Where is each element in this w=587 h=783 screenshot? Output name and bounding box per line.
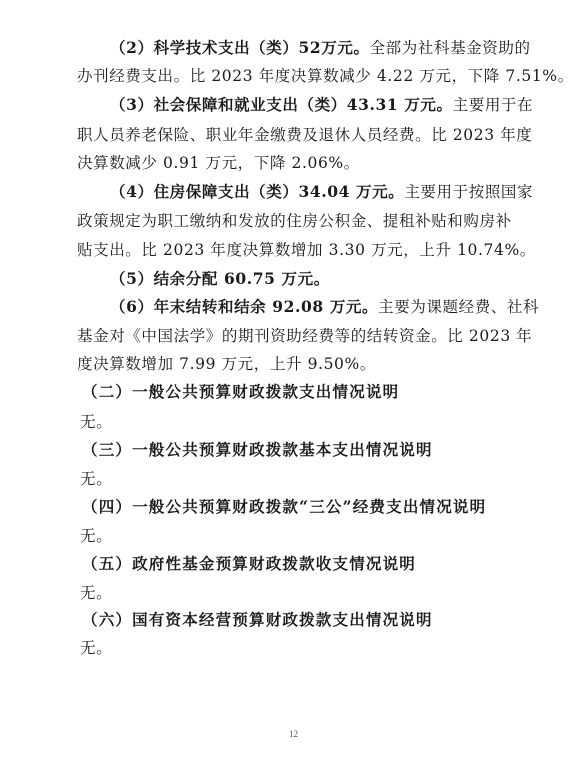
- section-body-2: 无。: [80, 412, 520, 432]
- paragraph-carryover-line2: 基金对《中国法学》的期刊资助经费等的结转资金。比 2023 年: [77, 326, 517, 346]
- section-heading-2: （二）一般公共预算财政拨款支出情况说明: [82, 382, 522, 402]
- paragraph-carryover-line1: （6）年末结转和结余 92.08 万元。主要为课题经费、社科: [110, 297, 550, 317]
- paragraph-lead: （6）年末结转和结余 92.08 万元。: [110, 297, 378, 316]
- section-body-4: 无。: [80, 526, 520, 546]
- paragraph-surplus-distribution: （5）结余分配 60.75 万元。: [110, 269, 550, 289]
- section-heading-3: （三）一般公共预算财政拨款基本支出情况说明: [82, 440, 522, 460]
- section-heading-6: （六）国有资本经营预算财政拨款支出情况说明: [82, 610, 522, 630]
- paragraph-housing-line2: 政策规定为职工缴纳和发放的住房公积金、提租补贴和购房补: [77, 211, 517, 231]
- section-heading-5: （五）政府性基金预算财政拨款收支情况说明: [82, 554, 522, 574]
- paragraph-lead: （2）科学技术支出（类）52万元。: [110, 38, 370, 57]
- paragraph-social-security-line2: 职人员养老保险、职业年金缴费及退休人员经费。比 2023 年度: [77, 125, 517, 145]
- paragraph-social-security-line3: 决算数减少 0.91 万元，下降 2.06%。: [77, 153, 517, 173]
- paragraph-carryover-line3: 度决算数增加 7.99 万元，上升 9.50%。: [77, 354, 517, 374]
- paragraph-lead: （4）住房保障支出（类）34.04 万元。: [110, 182, 404, 201]
- paragraph-lead: （3）社会保障和就业支出（类）43.31 万元。: [110, 95, 453, 114]
- paragraph-social-security-line1: （3）社会保障和就业支出（类）43.31 万元。主要用于在: [110, 95, 550, 115]
- section-heading-4: （四）一般公共预算财政拨款“三公”经费支出情况说明: [82, 497, 522, 517]
- section-body-6: 无。: [80, 638, 520, 658]
- section-body-3: 无。: [80, 469, 520, 489]
- page-number: 12: [0, 729, 587, 739]
- paragraph-housing-line1: （4）住房保障支出（类）34.04 万元。主要用于按照国家: [110, 182, 550, 202]
- document-page: （2）科学技术支出（类）52万元。全部为社科基金资助的 办刊经费支出。比 202…: [0, 0, 587, 783]
- paragraph-science-tech-line2: 办刊经费支出。比 2023 年度决算数减少 4.22 万元，下降 7.51%。: [77, 66, 517, 86]
- section-body-5: 无。: [80, 583, 520, 603]
- paragraph-housing-line3: 贴支出。比 2023 年度决算数增加 3.30 万元，上升 10.74%。: [77, 240, 517, 260]
- paragraph-science-tech-line1: （2）科学技术支出（类）52万元。全部为社科基金资助的: [110, 38, 550, 58]
- paragraph-lead: （5）结余分配 60.75 万元。: [110, 269, 330, 288]
